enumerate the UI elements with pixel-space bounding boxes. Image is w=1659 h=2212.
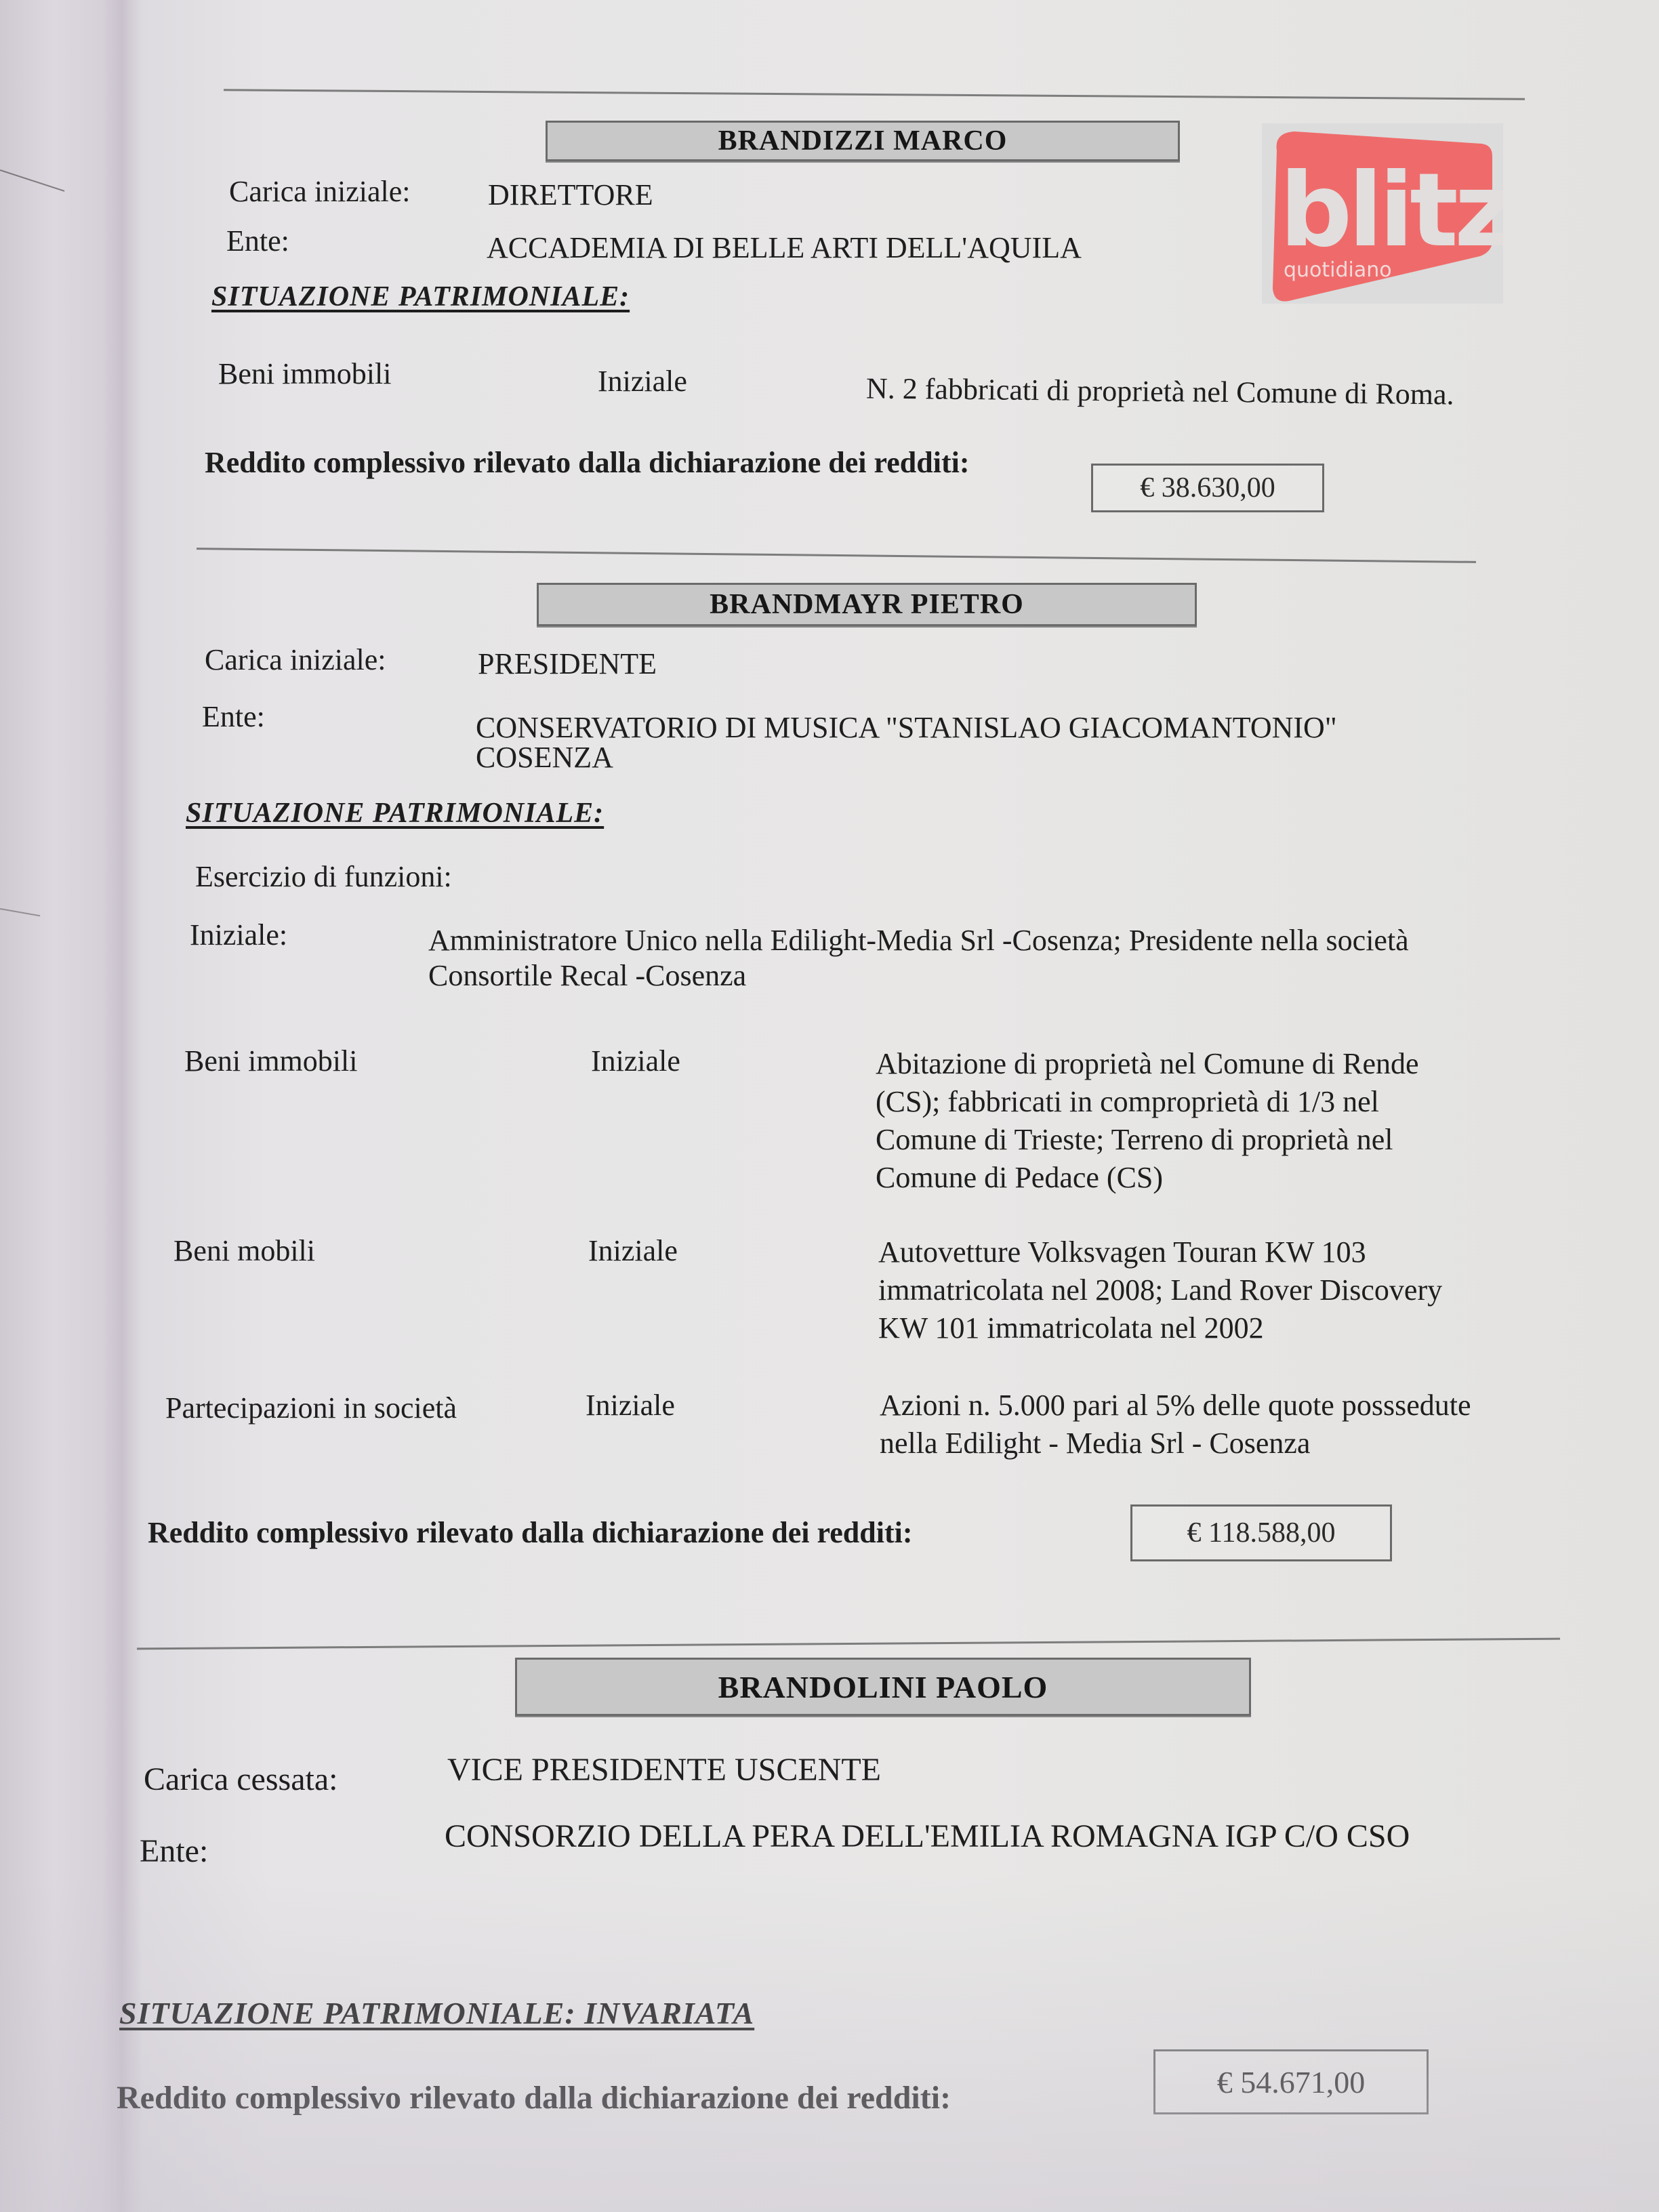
logo-badge-icon: blitz quotidiano — [1262, 123, 1503, 304]
asset-description-line: Comune di Pedace (CS) — [876, 1159, 1163, 1196]
asset-description-line: Comune di Trieste; Terreno di proprietà … — [876, 1121, 1393, 1158]
asset-category: Beni mobili — [173, 1232, 315, 1269]
blitz-quotidiano-logo: blitz quotidiano — [1262, 123, 1503, 304]
functions-label: Esercizio di funzioni: — [195, 858, 452, 895]
document-page: BRANDIZZI MARCO Carica iniziale: DIRETTO… — [0, 0, 1659, 2212]
income-value: € 38.630,00 — [1140, 472, 1275, 504]
functions-line2: Consortile Recal -Cosenza — [428, 957, 746, 994]
separator-rule — [137, 1638, 1560, 1650]
asset-description-line: Abitazione di proprietà nel Comune di Re… — [876, 1045, 1419, 1082]
asset-status: Iniziale — [591, 1042, 680, 1080]
section-title: SITUAZIONE PATRIMONIALE: — [186, 797, 604, 829]
asset-description-line: immatricolata nel 2008; Land Rover Disco… — [878, 1271, 1442, 1309]
separator-rule — [197, 548, 1476, 563]
logo-wordmark: blitz — [1279, 152, 1503, 270]
asset-description-line: Azioni n. 5.000 pari al 5% delle quote p… — [880, 1387, 1471, 1424]
income-amount: € 54.671,00 — [1153, 2049, 1429, 2114]
person-name: BRANDOLINI PAOLO — [718, 1669, 1048, 1705]
separator-rule — [224, 89, 1525, 100]
person-name: BRANDMAYR PIETRO — [710, 588, 1024, 621]
asset-category: Beni immobili — [218, 355, 391, 392]
section-title: SITUAZIONE PATRIMONIALE: — [211, 281, 630, 313]
income-amount: € 118.588,00 — [1130, 1504, 1392, 1561]
income-value: € 54.671,00 — [1217, 2064, 1366, 2100]
asset-category: Partecipazioni in società — [165, 1389, 457, 1427]
asset-description-line: (CS); fabbricati in comproprietà di 1/3 … — [876, 1083, 1379, 1120]
asset-description: N. 2 fabbricati di proprietà nel Comune … — [866, 369, 1454, 413]
person-name-header: BRANDMAYR PIETRO — [537, 583, 1197, 626]
section-title: SITUAZIONE PATRIMONIALE: INVARIATA — [119, 1995, 754, 2031]
role-value: PRESIDENTE — [478, 645, 657, 682]
role-value: DIRETTORE — [488, 176, 653, 213]
asset-status: Iniziale — [598, 363, 687, 400]
income-label: Reddito complessivo rilevato dalla dichi… — [148, 1514, 912, 1551]
asset-status: Iniziale — [588, 1232, 678, 1269]
income-label: Reddito complessivo rilevato dalla dichi… — [117, 2078, 951, 2118]
entity-label: Ente: — [226, 222, 289, 260]
entity-value: CONSORZIO DELLA PERA DELL'EMILIA ROMAGNA… — [445, 1816, 1410, 1857]
person-name: BRANDIZZI MARCO — [718, 125, 1008, 157]
entity-value: ACCADEMIA DI BELLE ARTI DELL'AQUILA — [487, 229, 1082, 266]
person-name-header: BRANDOLINI PAOLO — [515, 1658, 1251, 1716]
role-label: Carica cessata: — [144, 1759, 338, 1800]
asset-category: Beni immobili — [184, 1042, 357, 1080]
income-amount: € 38.630,00 — [1091, 464, 1324, 512]
functions-status: Iniziale: — [190, 916, 287, 954]
asset-description-line: Autovetture Volksvagen Touran KW 103 — [878, 1233, 1366, 1271]
person-name-header: BRANDIZZI MARCO — [546, 121, 1180, 161]
asset-description-line: nella Edilight - Media Srl - Cosenza — [880, 1425, 1310, 1462]
income-value: € 118.588,00 — [1187, 1517, 1336, 1549]
income-label: Reddito complessivo rilevato dalla dichi… — [205, 444, 969, 481]
entity-label: Ente: — [202, 698, 265, 735]
role-label: Carica iniziale: — [205, 641, 386, 678]
logo-tagline: quotidiano — [1284, 258, 1392, 282]
entity-label: Ente: — [140, 1831, 208, 1872]
asset-status: Iniziale — [586, 1387, 675, 1424]
functions-line1: Amministratore Unico nella Edilight-Medi… — [428, 922, 1409, 959]
role-value: VICE PRESIDENTE USCENTE — [447, 1750, 881, 1790]
entity-value-line2: COSENZA — [476, 739, 613, 776]
role-label: Carica iniziale: — [229, 173, 411, 210]
asset-description-line: KW 101 immatricolata nel 2002 — [878, 1309, 1264, 1347]
